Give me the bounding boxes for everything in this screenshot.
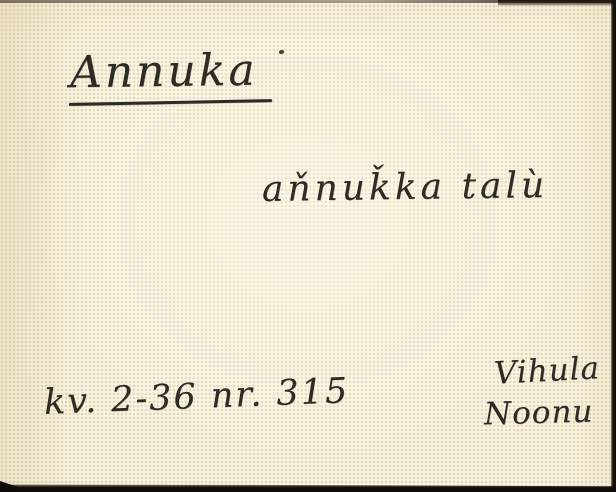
collection-reference: kv. 2-36 nr. 315 <box>43 374 349 421</box>
scan-edge-right <box>611 0 616 492</box>
scan-edge-bottom-left <box>0 481 18 492</box>
heading-underline <box>69 99 272 106</box>
village-name: Noonu <box>484 397 594 431</box>
scan-edge-bottom <box>0 484 616 492</box>
parish-name: Vihula <box>493 353 601 390</box>
phonetic-transcription: aňnuǩka talù <box>262 168 549 208</box>
ink-speck <box>279 50 284 54</box>
place-name-heading: Annuka <box>70 49 258 96</box>
archive-card-scan: Annuka aňnuǩka talù kv. 2-36 nr. 315 Vih… <box>0 0 616 492</box>
scan-edge-top-right <box>498 0 616 6</box>
